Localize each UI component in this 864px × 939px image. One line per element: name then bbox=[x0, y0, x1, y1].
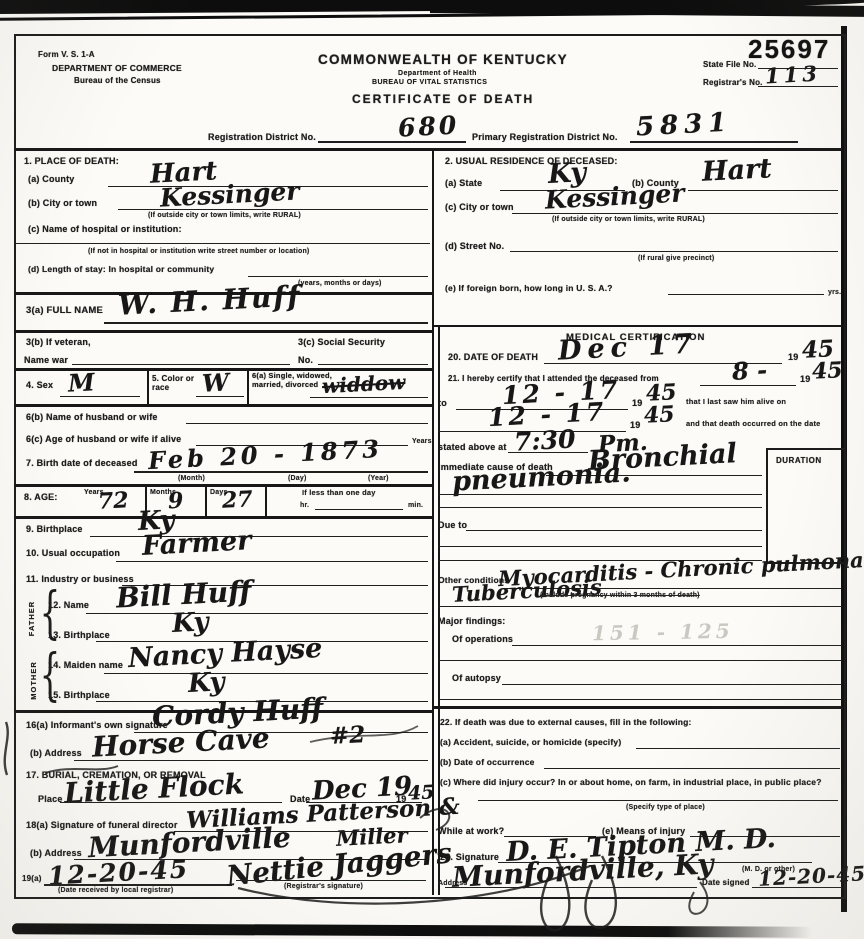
sex-label: 4. Sex bbox=[26, 380, 53, 390]
res-county-value: Hart bbox=[701, 153, 772, 188]
birthplace-label: 9. Birthplace bbox=[26, 524, 83, 534]
external-a-line bbox=[636, 748, 840, 749]
birth-date-label: 7. Birth date of deceased bbox=[26, 458, 138, 468]
registrar-signature-note: (Registrar's signature) bbox=[284, 883, 363, 891]
age-hr-line bbox=[315, 509, 403, 510]
place-of-death-title: 1. PLACE OF DEATH: bbox=[24, 156, 119, 166]
certify-from-prefix: 19 bbox=[800, 374, 810, 384]
autopsy-line bbox=[502, 684, 842, 685]
full-name-line bbox=[104, 322, 428, 324]
age-years-value: 72 bbox=[97, 487, 129, 515]
certify-to-prefix: 19 bbox=[632, 398, 642, 408]
pod-stay-line bbox=[248, 276, 428, 277]
husband-age-label: 6(c) Age of husband or wife if alive bbox=[26, 434, 181, 444]
external-causes-title: 22. If death was due to external causes,… bbox=[440, 718, 692, 728]
stated-above-label: stated above at bbox=[438, 442, 507, 452]
certify-from-line bbox=[700, 385, 796, 386]
res-county-line bbox=[688, 190, 838, 191]
registrar-signature-line bbox=[236, 880, 426, 881]
informant-address-line bbox=[74, 760, 428, 761]
external-c-line bbox=[478, 800, 838, 801]
state-file-label: State File No. bbox=[703, 60, 756, 69]
res-street-note: (If rural give precinct) bbox=[638, 255, 714, 263]
pod-city-label: (b) City or town bbox=[28, 198, 97, 208]
mother-birthplace-label: 15. Birthplace bbox=[48, 690, 110, 700]
time-of-death-line bbox=[508, 452, 588, 453]
birth-year-note: (Year) bbox=[368, 475, 389, 483]
age-days-value: 27 bbox=[221, 486, 253, 514]
marital-value: widdow bbox=[321, 370, 405, 398]
pod-county-label: (a) County bbox=[28, 174, 75, 184]
res-street-label: (d) Street No. bbox=[445, 241, 504, 251]
age-hr-label: hr. bbox=[300, 502, 309, 510]
registration-district-value: 680 bbox=[397, 110, 460, 142]
operations-label: Of operations bbox=[452, 634, 513, 644]
veteran-namewar-line bbox=[72, 364, 290, 365]
res-foreign-label: (e) If foreign born, how long in U. S. A… bbox=[445, 284, 613, 294]
major-findings-label: Major findings: bbox=[438, 616, 506, 626]
external-c-note: (Specify type of place) bbox=[626, 804, 705, 812]
occupation-label: 10. Usual occupation bbox=[26, 548, 120, 558]
received-date-note: (Date received by local registrar) bbox=[58, 887, 173, 895]
pod-hospital-note: (If not in hospital or institution write… bbox=[88, 248, 309, 256]
color-race-value: W bbox=[201, 367, 229, 397]
pod-hospital-line bbox=[16, 243, 430, 244]
operations-faint-pencil: 151 - 125 bbox=[592, 619, 734, 645]
sex-value: M bbox=[67, 367, 95, 397]
certificate-title: CERTIFICATE OF DEATH bbox=[352, 92, 534, 106]
duration-box bbox=[766, 448, 846, 564]
header-divider bbox=[14, 148, 842, 151]
received-date-line bbox=[44, 884, 232, 886]
sex-line bbox=[60, 396, 140, 397]
external-b-line bbox=[544, 768, 840, 769]
other-conditions-note: (Include pregnancy within 3 months of de… bbox=[540, 592, 700, 600]
informant-address-label: (b) Address bbox=[30, 748, 82, 758]
operations-line2 bbox=[438, 660, 842, 661]
father-birthplace-label: 13. Birthplace bbox=[48, 630, 110, 640]
mother-name-label: 14. Maiden name bbox=[48, 660, 123, 670]
medical-top-line bbox=[432, 325, 842, 327]
external-b-label: (b) Date of occurrence bbox=[440, 758, 535, 768]
dept-of-health: Department of Health bbox=[398, 70, 477, 77]
registration-district-label: Registration District No. bbox=[208, 132, 316, 142]
commonwealth-title: COMMONWEALTH OF KENTUCKY bbox=[318, 52, 568, 67]
received-label: 19(a) bbox=[22, 874, 42, 883]
date-of-death-label: 20. DATE OF DEATH bbox=[448, 352, 538, 362]
certify-from-year: 45 bbox=[811, 357, 843, 385]
date-of-death-prefix: 19 bbox=[788, 352, 798, 362]
pod-city-note: (If outside city or town limits, write R… bbox=[148, 212, 301, 220]
other-conditions-line2 bbox=[438, 606, 842, 607]
res-street-line bbox=[510, 251, 838, 252]
autopsy-label: Of autopsy bbox=[452, 673, 501, 683]
certify-to-suffix: that I last saw him alive on bbox=[686, 398, 786, 406]
father-name-line bbox=[86, 613, 428, 614]
due-to-line2 bbox=[438, 546, 762, 547]
external-a-label: (a) Accident, suicide, or homicide (spec… bbox=[440, 738, 621, 748]
pod-stay-label: (d) Length of stay: In hospital or commu… bbox=[28, 265, 214, 275]
res-city-label: (c) City or town bbox=[445, 202, 514, 212]
date-signed-label: Date signed bbox=[702, 878, 750, 887]
age-min-label: min. bbox=[408, 502, 423, 510]
duration-label: DURATION bbox=[776, 456, 822, 465]
physician-address-line bbox=[445, 887, 697, 888]
social-security-line bbox=[318, 364, 428, 365]
mother-name-line bbox=[104, 673, 428, 674]
age-divider-3 bbox=[265, 484, 267, 516]
operations-line bbox=[512, 645, 842, 646]
veteran-namewar-label: Name war bbox=[24, 355, 68, 365]
registrar-no-line bbox=[758, 86, 838, 87]
form-number: Form V. S. 1-A bbox=[38, 50, 95, 59]
color-race-label: 5. Color or race bbox=[152, 374, 204, 392]
full-name-bottom-line bbox=[14, 330, 434, 333]
death-certificate-scan: Form V. S. 1-A DEPARTMENT OF COMMERCE Bu… bbox=[0, 0, 864, 939]
date-signed-line bbox=[752, 887, 842, 888]
certify-to-label: to bbox=[438, 398, 447, 408]
primary-district-value: 5831 bbox=[635, 107, 733, 142]
row4-divider-2 bbox=[247, 368, 249, 404]
res-foreign-suffix: yrs. bbox=[828, 289, 841, 297]
res-state-label: (a) State bbox=[445, 178, 482, 188]
header-bureau: Bureau of the Census bbox=[74, 76, 161, 85]
res-foreign-line bbox=[668, 294, 824, 295]
husband-wife-label: 6(b) Name of husband or wife bbox=[26, 412, 158, 422]
father-side-label: FATHER bbox=[27, 601, 36, 636]
row4-bottom-line bbox=[14, 404, 434, 407]
scan-artifact-bottom-band bbox=[12, 923, 812, 937]
mother-side-label: MOTHER bbox=[29, 661, 38, 700]
husband-age-suffix: Years bbox=[412, 438, 432, 446]
occupation-line bbox=[116, 561, 428, 562]
birth-month-note: (Month) bbox=[178, 475, 205, 483]
age-bottom-line bbox=[14, 516, 434, 519]
birth-day-note: (Day) bbox=[288, 475, 307, 483]
mother-birthplace-value: Ky bbox=[187, 667, 225, 699]
residence-title: 2. USUAL RESIDENCE OF DECEASED: bbox=[445, 156, 618, 166]
burial-place-label: Place bbox=[38, 794, 63, 804]
res-city-note: (If outside city or town limits, write R… bbox=[552, 216, 705, 224]
bureau-vital-statistics: BUREAU OF VITAL STATISTICS bbox=[372, 79, 487, 86]
registration-district-line bbox=[318, 141, 466, 143]
while-at-work-label: While at work? bbox=[438, 826, 504, 836]
external-c-label: (c) Where did injury occur? In or about … bbox=[440, 778, 836, 788]
social-security-no-label: No. bbox=[298, 355, 313, 365]
last-seen-suffix: and that death occurred on the date bbox=[686, 420, 821, 428]
pod-stay-note: (years, months or days) bbox=[298, 280, 382, 288]
social-security-label: 3(c) Social Security bbox=[298, 337, 385, 347]
husband-wife-line bbox=[186, 423, 428, 424]
registrar-no-value: 113 bbox=[764, 61, 821, 89]
medical-bottom-line bbox=[432, 706, 842, 709]
age-divider-2 bbox=[205, 484, 207, 516]
primary-district-label: Primary Registration District No. bbox=[472, 132, 618, 142]
immediate-cause-line3 bbox=[438, 507, 762, 508]
registrar-no-label: Registrar's No. bbox=[703, 78, 763, 87]
pod-hospital-label: (c) Name of hospital or institution: bbox=[28, 224, 182, 234]
autopsy-line2 bbox=[438, 699, 842, 700]
father-name-label: 12. Name bbox=[48, 600, 89, 610]
color-race-line bbox=[196, 396, 244, 397]
age-top-line bbox=[14, 484, 434, 487]
res-city-line bbox=[512, 213, 838, 214]
certify-from-value: 8 - bbox=[731, 355, 767, 386]
primary-district-line bbox=[630, 141, 798, 143]
occupation-value: Farmer bbox=[141, 525, 252, 562]
age-label: 8. AGE: bbox=[24, 492, 58, 502]
header-department: DEPARTMENT OF COMMERCE bbox=[52, 64, 182, 74]
due-to-line1 bbox=[466, 530, 762, 531]
age-less-label: If less than one day bbox=[302, 489, 376, 497]
marital-line bbox=[310, 397, 428, 398]
row4-divider-1 bbox=[147, 368, 149, 404]
funeral-address-label: (b) Address bbox=[30, 848, 82, 858]
father-birthplace-value: Ky bbox=[171, 607, 209, 639]
last-seen-year: 45 bbox=[643, 401, 675, 429]
birth-date-line bbox=[134, 471, 428, 473]
veteran-label: 3(b) If veteran, bbox=[26, 337, 91, 347]
due-to-label: Due to bbox=[438, 520, 467, 530]
pod-city-line bbox=[118, 209, 428, 210]
full-name-label: 3(a) FULL NAME bbox=[26, 306, 103, 317]
medical-left-line bbox=[438, 325, 440, 895]
informant-address-value2: #2 bbox=[329, 721, 366, 750]
immediate-cause-line2 bbox=[438, 494, 762, 495]
